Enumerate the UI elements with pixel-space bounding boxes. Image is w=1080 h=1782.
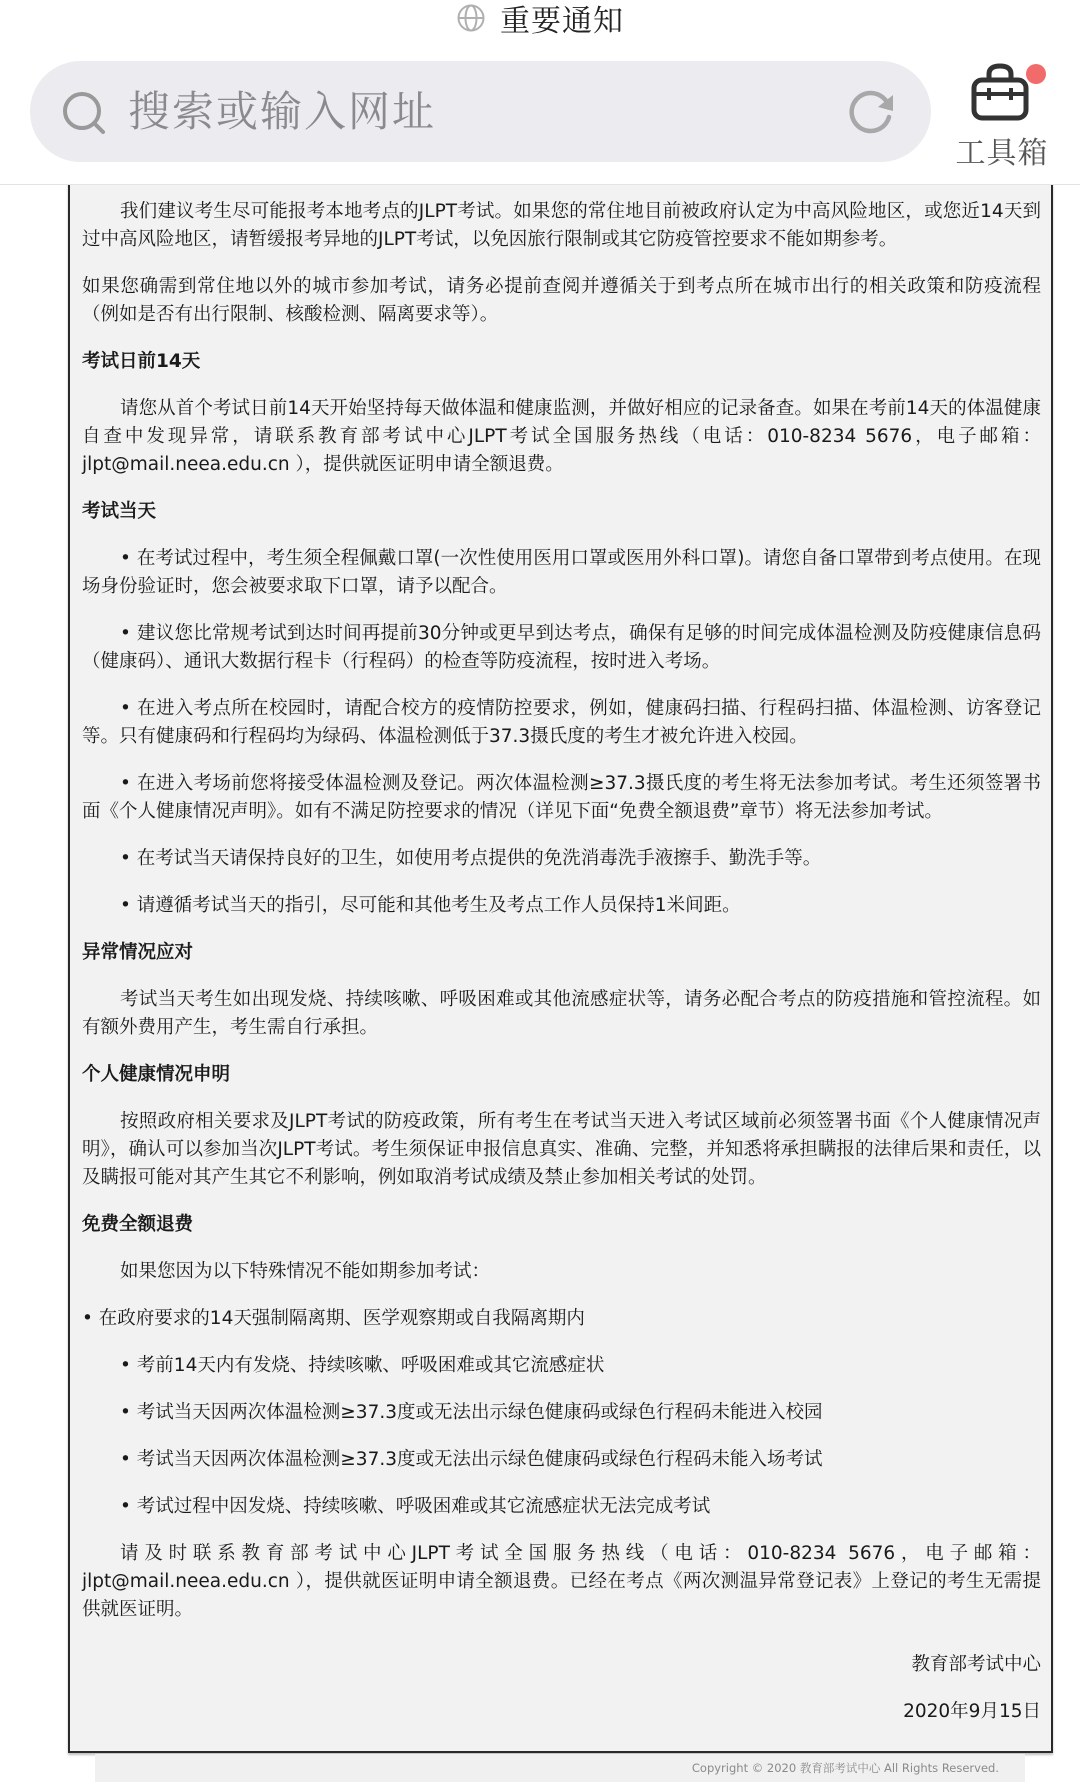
bullet-item: • 在政府要求的14天强制隔离期、医学观察期或自我隔离期内: [82, 1305, 1041, 1333]
section-paragraph: 考试当天考生如出现发烧、持续咳嗽、呼吸困难或其他流感症状等，请务必配合考点的防疫…: [82, 986, 1041, 1042]
section-paragraph: 请及时联系教育部考试中心JLPT考试全国服务热线（电话：010-8234 567…: [82, 1540, 1041, 1624]
refresh-icon[interactable]: [845, 85, 897, 137]
copyright-text: Copyright © 2020 教育部考试中心 All Rights Rese…: [692, 1760, 999, 1776]
notification-badge: [1026, 64, 1046, 84]
section-heading: 异常情况应对: [82, 939, 1041, 967]
bullet-item: • 在考试当天请保持良好的卫生，如使用考点提供的免洗消毒洗手液擦手、勤洗手等。: [82, 845, 1041, 873]
intro-paragraph: 如果您确需到常住地以外的城市参加考试，请务必提前查阅并遵循关于到考点所在城市出行…: [82, 273, 1041, 329]
title-bar: 重要通知: [0, 0, 1080, 36]
page-footer: Copyright © 2020 教育部考试中心 All Rights Rese…: [95, 1754, 1025, 1782]
bullet-item: • 考试当天因两次体温检测≥37.3度或无法出示绿色健康码或绿色行程码未能进入校…: [82, 1399, 1041, 1427]
toolbox-button[interactable]: 工具箱: [952, 58, 1052, 166]
bullet-item: • 考试当天因两次体温检测≥37.3度或无法出示绿色健康码或绿色行程码未能入场考…: [82, 1446, 1041, 1474]
section-paragraph: 按照政府相关要求及JLPT考试的防疫政策，所有考生在考试当天进入考试区域前必须签…: [82, 1108, 1041, 1192]
section-heading: 个人健康情况申明: [82, 1061, 1041, 1089]
bullet-item: • 考前14天内有发烧、持续咳嗽、呼吸困难或其它流感症状: [82, 1352, 1041, 1380]
signature-date: 2020年9月15日: [82, 1698, 1041, 1726]
section-paragraph: 请您从首个考试日前14天开始坚持每天做体温和健康监测，并做好相应的记录备查。如果…: [82, 395, 1041, 479]
section-heading: 免费全额退费: [82, 1211, 1041, 1239]
bullet-item: • 考试过程中因发烧、持续咳嗽、呼吸困难或其它流感症状无法完成考试: [82, 1493, 1041, 1521]
globe-icon: [456, 3, 486, 33]
bullet-item: • 在考试过程中，考生须全程佩戴口罩(一次性使用医用口罩或医用外科口罩)。请您自…: [82, 545, 1041, 601]
bullet-item: • 请遵循考试当天的指引，尽可能和其他考生及考点工作人员保持1米间距。: [82, 892, 1041, 920]
toolbox-bag-icon: [969, 62, 1031, 122]
address-input[interactable]: [128, 81, 808, 141]
bullet-item: • 在进入考点所在校园时，请配合校方的疫情防控要求，例如，健康码扫描、行程码扫描…: [82, 695, 1041, 751]
toolbox-label: 工具箱: [952, 128, 1052, 172]
browser-toolbar: 重要通知 工具箱: [0, 0, 1080, 185]
section-heading: 考试当天: [82, 498, 1041, 526]
section-heading: 考试日前14天: [82, 348, 1041, 376]
notice-content: 我们建议考生尽可能报考本地考点的JLPT考试。如果您的常住地目前被政府认定为中高…: [68, 170, 1053, 1753]
page-title: 重要通知: [500, 0, 624, 40]
intro-paragraph: 我们建议考生尽可能报考本地考点的JLPT考试。如果您的常住地目前被政府认定为中高…: [82, 198, 1041, 254]
search-icon: [60, 89, 108, 137]
section-paragraph: 如果您因为以下特殊情况不能如期参加考试：: [82, 1258, 1041, 1286]
bullet-item: • 在进入考场前您将接受体温检测及登记。两次体温检测≥37.3摄氏度的考生将无法…: [82, 770, 1041, 826]
signature-org: 教育部考试中心: [82, 1651, 1041, 1679]
bullet-item: • 建议您比常规考试到达时间再提前30分钟或更早到达考点，确保有足够的时间完成体…: [82, 620, 1041, 676]
address-bar[interactable]: [30, 61, 931, 162]
